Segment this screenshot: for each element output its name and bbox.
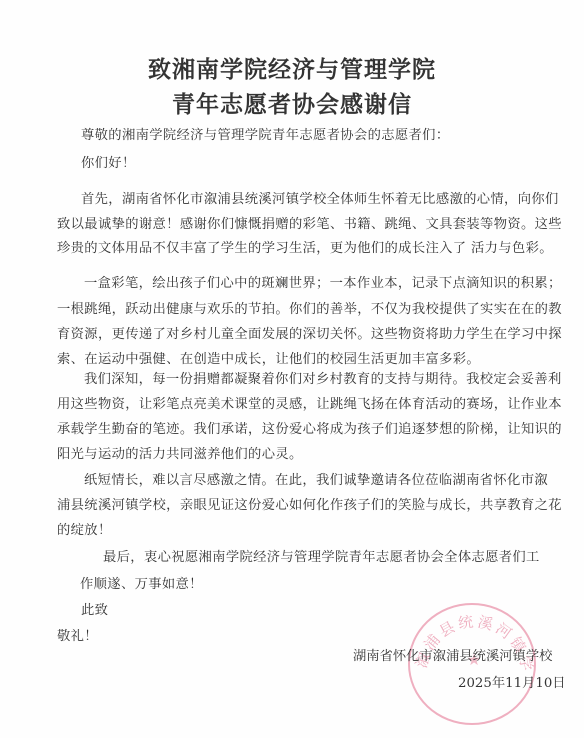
- salutation: 尊敬的湘南学院经济与管理学院青年志愿者协会的志愿者们：: [81, 128, 449, 144]
- paragraph-line: 作顺遂、万事如意！: [80, 577, 203, 593]
- paragraph-line: 我们深知，每一份捐赠都凝聚着你们对乡村教育的支持与期待。我校定会妥善利: [84, 372, 562, 388]
- letter-title-line2: 青年志愿者协会感谢信: [0, 86, 584, 119]
- paragraph-line: 一根跳绳，跃动出健康与欢乐的节拍。你们的善举，不仅为我校提供了实实在在的教: [57, 302, 562, 318]
- paragraph-line: 用这些物资，让彩笔点亮美术课堂的灵感，让跳绳飞扬在体育活动的赛场，让作业本: [57, 397, 562, 413]
- paragraph-line: 索、在运动中强健、在创造中成长，让他们的校园生活更加丰富多彩。: [57, 352, 480, 368]
- paragraph-line: 首先，湖南省怀化市溆浦县统溪河镇学校全体师生怀着无比感激的心情，向你们: [81, 192, 559, 208]
- greeting: 你们好！: [81, 156, 136, 172]
- signature-org: 湖南省怀化市溆浦县统溪河镇学校: [353, 649, 552, 665]
- paragraph-line: 致以最诚挚的谢意！感谢你们慷慨捐赠的彩笔、书籍、跳绳、文具套装等物资。这些: [57, 217, 562, 233]
- paragraph-line: 最后，衷心祝愿湘南学院经济与管理学院青年志愿者协会全体志愿者们工: [103, 550, 540, 566]
- paragraph-line: 育资源，更传递了对乡村儿童全面发展的深切关怀。这些物资将助力学生在学习中探: [57, 327, 562, 343]
- paragraph-line: 一盒彩笔，绘出孩子们心中的斑斓世界；一本作业本，记录下点滴知识的积累；: [84, 276, 562, 292]
- paragraph-line: 阳光与运动的活力共同滋养他们的心灵。: [57, 447, 303, 463]
- paragraph-line: 珍贵的文体用品不仅丰富了学生的学习生活，更为他们的成长注入了 活力与色彩。: [57, 241, 553, 257]
- paragraph-line: 纸短情长，难以言尽感激之情。在此，我们诚挚邀请各位莅临湖南省怀化市溆: [84, 473, 548, 489]
- letter-title-line1: 致湘南学院经济与管理学院: [0, 51, 584, 84]
- letter-page: 致湘南学院经济与管理学院 青年志愿者协会感谢信 尊敬的湘南学院经济与管理学院青年…: [0, 0, 584, 738]
- paragraph-line: 浦县统溪河镇学校，亲眼见证这份爱心如何化作孩子们的笑脸与成长，共享教育之花: [57, 498, 562, 514]
- signature-date: 2025年11月10日: [458, 676, 566, 692]
- closing-phrase: 此致: [81, 603, 108, 619]
- closing-salute: 敬礼！: [57, 629, 98, 645]
- paragraph-line: 的绽放！: [57, 523, 112, 539]
- paragraph-line: 承载学生勤奋的笔迹。我们承诺，这份爱心将成为孩子们追逐梦想的阶梯，让知识的: [57, 422, 562, 438]
- seal-icon: 溆浦县统溪河镇学校 ★: [410, 605, 538, 727]
